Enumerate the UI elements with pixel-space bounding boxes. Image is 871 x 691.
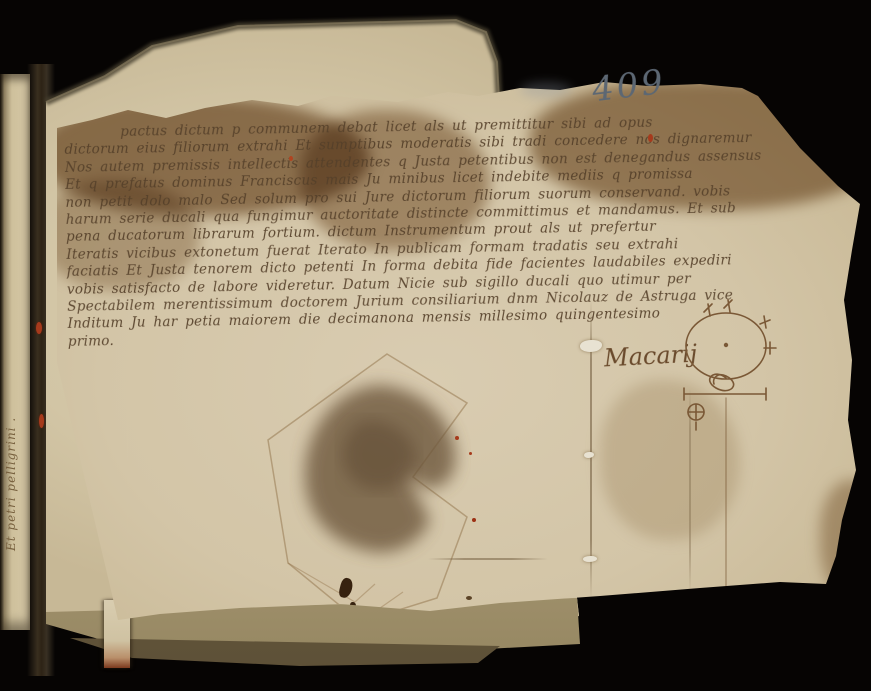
photograph: Et petri pelligrini . pactus dictum p co… [0,0,871,691]
wax-speck [648,134,653,142]
ink-speck [466,596,472,600]
fold-crease [689,388,691,593]
tear-hole [583,556,597,562]
pencil-smudge [520,82,572,98]
wax-speck [289,156,293,161]
tear-hole [580,340,602,352]
tear-hole [584,452,594,458]
wax-speck [469,452,472,455]
wax-speck [472,518,476,522]
wax-speck [455,436,459,440]
seal-stain [255,340,515,630]
fold-crease [428,558,548,560]
notary-sign-icon [668,298,788,598]
